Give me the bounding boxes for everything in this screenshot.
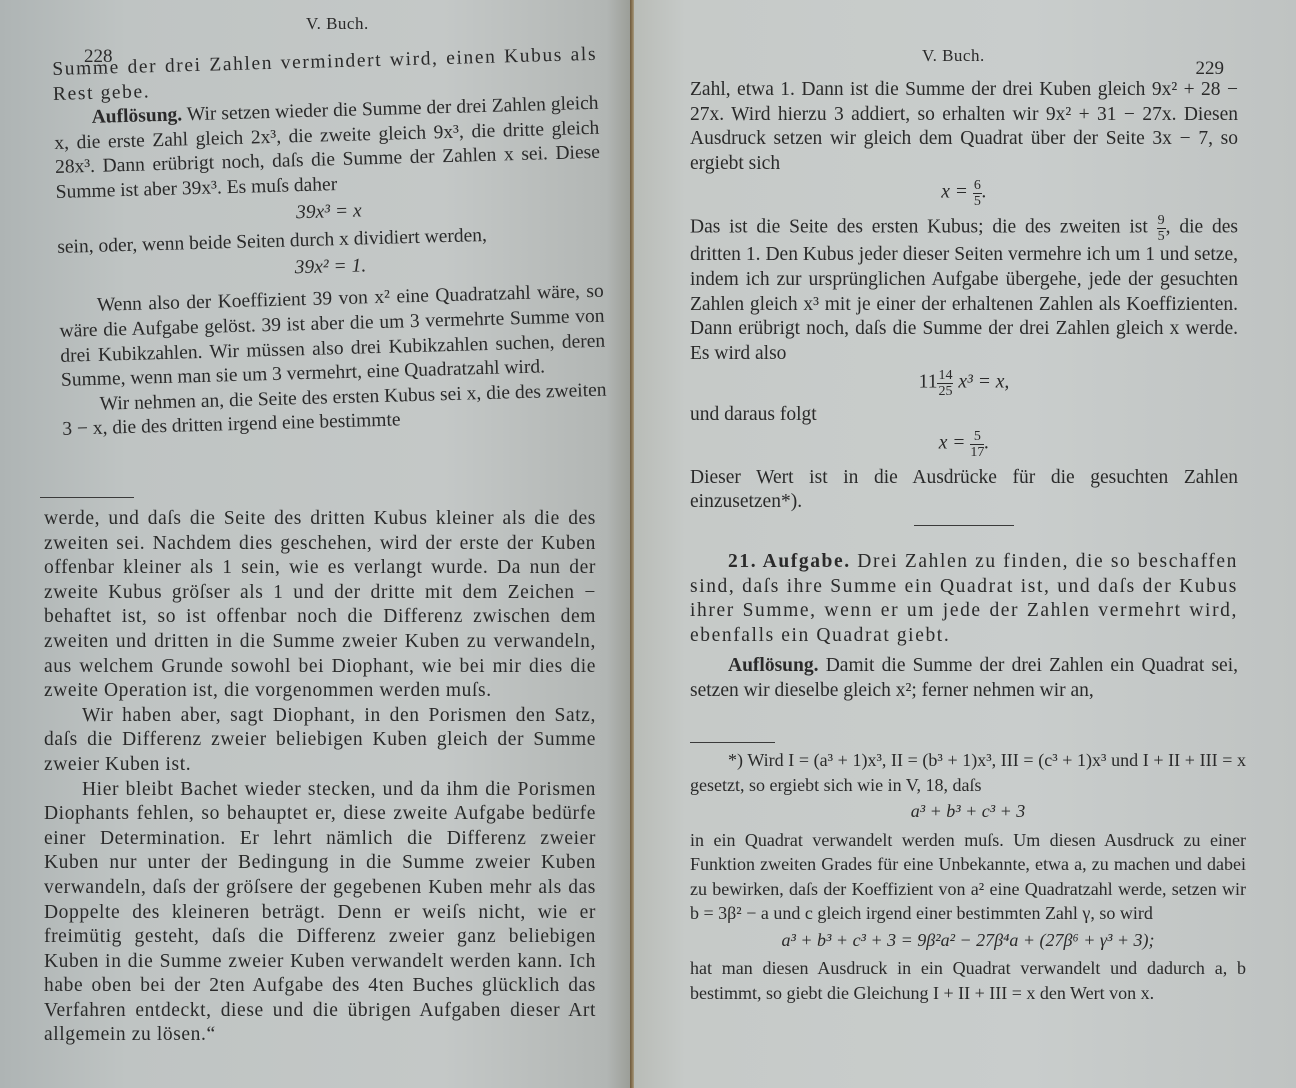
footnote-paragraph: in ein Quadrat verwandelt werden muſs. U… bbox=[690, 828, 1246, 926]
paragraph: werde, und daſs die Seite des dritten Ku… bbox=[44, 507, 596, 704]
footnote: *) Wird I = (a³ + 1)x³, II = (b³ + 1)x³,… bbox=[690, 748, 1246, 1005]
footnote-rule bbox=[690, 742, 775, 743]
mixed-number-whole: 11 bbox=[919, 372, 938, 393]
problem-statement: 21. Aufgabe. Drei Zahlen zu finden, die … bbox=[690, 550, 1238, 648]
running-head: V. Buch. bbox=[922, 46, 985, 66]
fraction: 517 bbox=[970, 429, 984, 459]
equation: x = 517. bbox=[690, 429, 1238, 459]
paragraph: Wenn also der Koeffizient 39 von x² eine… bbox=[59, 280, 607, 394]
right-upper-text: Zahl, etwa 1. Dann ist die Summe der dre… bbox=[690, 78, 1238, 704]
paragraph: Auflösung. Wir setzen wieder die Summe d… bbox=[53, 92, 601, 206]
solution-label: Auflösung. bbox=[91, 105, 182, 129]
equation: a³ + b³ + c³ + 3 = 9β²a² − 27β⁴a + (27β⁶… bbox=[690, 928, 1246, 953]
solution-label: Auflösung. bbox=[728, 655, 819, 676]
fraction: 95 bbox=[1157, 213, 1166, 243]
paragraph: Das ist die Seite des ersten Kubus; die … bbox=[690, 213, 1238, 366]
paragraph-text: Das ist die Seite des ersten Kubus; die … bbox=[690, 217, 1148, 238]
section-rule bbox=[40, 497, 134, 498]
paragraph: und daraus folgt bbox=[690, 403, 1238, 428]
problem-number: 21. Aufgabe. bbox=[728, 551, 851, 572]
open-book: V. Buch. 228 Summe der drei Zahlen vermi… bbox=[0, 0, 1296, 1088]
equation-tail: . bbox=[982, 182, 987, 203]
equation: 111425 x³ = x, bbox=[690, 368, 1238, 398]
equation-lhs: x = bbox=[939, 433, 966, 454]
fraction: 65 bbox=[973, 178, 982, 208]
numerator: 6 bbox=[973, 178, 982, 194]
paragraph: Auflösung. Damit die Summe der drei Zahl… bbox=[690, 654, 1238, 703]
left-page: V. Buch. 228 Summe der drei Zahlen vermi… bbox=[0, 0, 632, 1088]
footnote-paragraph: *) Wird I = (a³ + 1)x³, II = (b³ + 1)x³,… bbox=[690, 748, 1246, 797]
equation-lhs: x = bbox=[941, 182, 968, 203]
running-head: V. Buch. bbox=[306, 14, 369, 34]
paragraph: Wir haben aber, sagt Diophant, in den Po… bbox=[44, 704, 596, 778]
footnote-paragraph: hat man diesen Ausdruck in ein Quadrat v… bbox=[690, 956, 1246, 1005]
denominator: 25 bbox=[937, 384, 953, 399]
right-page: V. Buch. 229 Zahl, etwa 1. Dann ist die … bbox=[632, 0, 1296, 1088]
denominator: 5 bbox=[973, 194, 982, 209]
equation: x = 65. bbox=[690, 178, 1238, 208]
paragraph: Zahl, etwa 1. Dann ist die Summe der dre… bbox=[690, 78, 1238, 176]
book-gutter bbox=[630, 0, 634, 1088]
denominator: 5 bbox=[1157, 229, 1166, 244]
section-rule bbox=[914, 525, 1014, 526]
paragraph: Hier bleibt Bachet wieder stecken, und d… bbox=[44, 778, 596, 1049]
page-number: 229 bbox=[1196, 58, 1225, 80]
fraction: 1425 bbox=[937, 368, 953, 398]
numerator: 9 bbox=[1157, 213, 1166, 229]
left-upper-text: Summe der drei Zahlen vermindert wird, e… bbox=[52, 43, 608, 443]
equation-tail: x³ = x, bbox=[958, 372, 1009, 393]
numerator: 14 bbox=[937, 368, 953, 384]
denominator: 17 bbox=[970, 445, 984, 460]
numerator: 5 bbox=[970, 429, 984, 445]
equation: a³ + b³ + c³ + 3 bbox=[690, 799, 1246, 824]
paragraph: Dieser Wert ist in die Ausdrücke für die… bbox=[690, 466, 1238, 515]
equation-tail: . bbox=[984, 433, 989, 454]
left-lower-text: werde, und daſs die Seite des dritten Ku… bbox=[44, 507, 596, 1048]
